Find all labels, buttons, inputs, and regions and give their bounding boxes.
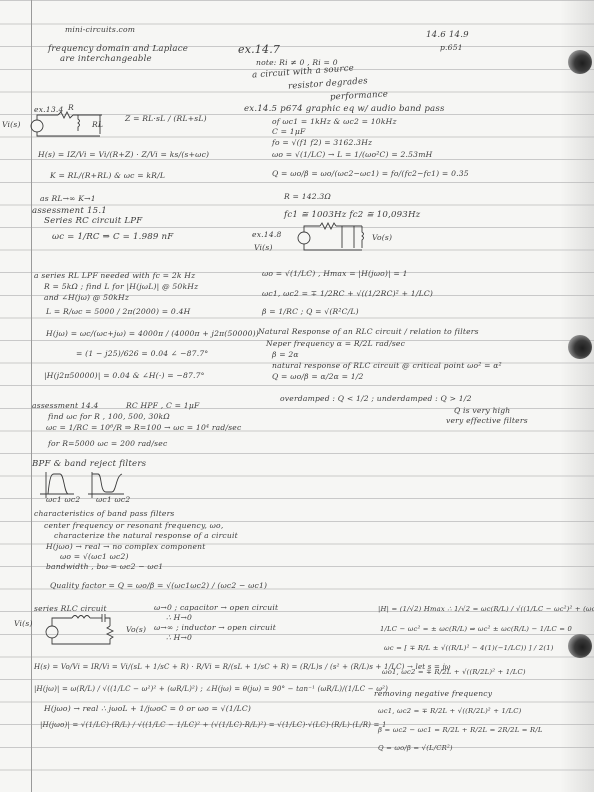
rlc-real-eq: H(jωo) → real ∴ jωoL + 1/jωoC = 0 or ωo … [44, 703, 251, 714]
ex-14-8-line: β = 1/RC ; Q = √(R²C/L) [262, 306, 359, 317]
assessment-15-1-line: ωc = 1/RC ⇒ C = 1.989 nF [52, 232, 173, 243]
cutoff-derivation-line: |H| = (1/√2) Hmax ∴ 1/√2 = ωc(R/L) / √((… [378, 604, 594, 615]
reference-numbers: 14.6 14.9 [426, 30, 469, 41]
natural-response-line: natural response of RLC circuit @ critic… [272, 360, 502, 371]
ex-14-5-line: ωo = √(1/LC) → L = 1/(ωo²C) = 2.53mH [272, 149, 432, 160]
rl-lpf-line: |H(j2π50000)| = 0.04 & ∠H(·) = −87.7° [44, 370, 205, 381]
rl-lpf-line: R = 5kΩ ; find L for |H(jωL)| @ 50kHz [44, 281, 198, 292]
circuit-label-r: R [68, 102, 74, 113]
bpf-title: BPF & band reject filters [32, 459, 146, 470]
z-equation: Z = RL·sL / (RL+sL) [125, 113, 207, 124]
bandpass-title: characteristics of band pass filters [34, 508, 175, 519]
h-equation: H(s) = IZ/Vi = Vi/(R+Z) · Z/Vi = ks/(s+ω… [38, 149, 209, 160]
k-equation: K = RL/(R+RL) & ωc = kR/L [50, 170, 165, 181]
rlc-circuit-diagram [40, 612, 120, 648]
ex-14-5-line: fo = √(f1 f2) = 3162.3Hz [272, 137, 372, 148]
ex-14-8-line: ωo = √(1/LC) , Hmax = |H(jωo)| = 1 [262, 268, 408, 279]
bandpass-line: characterize the natural response of a c… [54, 530, 238, 541]
cutoff-derivation-line: ωo1, ωc2 = ∓ R/2L + √((R/2L)² + 1/LC) [382, 667, 526, 678]
website-note: mini-circuits.com [65, 24, 135, 35]
ex-14-5-line: Q = ωo/β = ωo/(ωc2−ωc1) = fo/(fc2−fc1) =… [272, 168, 469, 179]
cutoff-derivation-line: removing negative frequency [374, 688, 492, 699]
natural-response-line: Neper frequency α = R/2L rad/sec [266, 338, 405, 349]
natural-response-line: β = 2α [272, 349, 299, 360]
circuit-label-source: Vi(s) [254, 242, 273, 253]
ex-14-8-title: ex.14.8 [252, 229, 282, 240]
bandpass-line: Quality factor = Q = ωo/β = √(ωc1ωc2) / … [50, 580, 267, 591]
ex-14-8-line: ωc1, ωc2 = ∓ 1/2RC + √((1/2RC)² + 1/LC) [262, 288, 433, 299]
cutoff-derivation-line: 1/LC − ωc² = ± ωc(R/L) ⇒ ωc² ± ωc(R/L) −… [380, 624, 572, 635]
cutoff-derivation-line: Q = ωo/β = √(L/CR²) [378, 743, 453, 754]
binder-hole-icon [568, 335, 592, 359]
bpf-graph1-labels: ωc1 ωc2 [46, 494, 80, 505]
natural-response-title: Natural Response of an RLC circuit / rel… [258, 326, 479, 337]
limit-note: as RL→∞ K→1 [40, 193, 96, 204]
assessment-14-4-line: find ωc for R , 100, 500, 30kΩ [48, 411, 170, 422]
assessment-15-1-line: Series RC circuit LPF [44, 216, 142, 227]
assessment-14-4-line: ωc = 1/RC = 10⁶/R ⇒ R=100 → ωc = 10⁴ rad… [46, 422, 241, 433]
header-note-line: are interchangeable [60, 54, 152, 65]
page-reference: p.651 [440, 42, 463, 53]
assessment-14-4-hpf: RC HPF , C = 1μF [126, 400, 199, 411]
rlc-magnitude-o: |H(jωo)| = √(1/LC)·(R/L) / √((1/LC − 1/L… [40, 720, 387, 731]
assessment-14-4-line: for R=5000 ωc = 200 rad/sec [48, 438, 167, 449]
binder-hole-icon [568, 50, 592, 74]
rl-lpf-line: L = R/ωc = 5000 / 2π(2000) = 0.4H [46, 306, 190, 317]
ex-14-7-note: performance [330, 89, 389, 103]
circuit-label-rl: RL [92, 119, 103, 130]
ex-14-7-title: ex.14.7 [238, 44, 280, 55]
rlc-magnitude-eq: |H(jω)| = ω(R/L) / √((1/LC − ω²)² + (ωR/… [34, 684, 388, 695]
assessment-14-4-title: assessment 14.4 [32, 400, 99, 411]
ex-14-5-title: ex.14.5 p674 graphic eq w/ audio band pa… [244, 104, 445, 115]
circuit-label-vo: Vo(s) [372, 232, 392, 243]
cutoff-derivation-line: β = ωc2 − ωc1 = R/2L + R/2L = 2R/2L = R/… [378, 725, 543, 736]
ex-14-5-line: fc1 ≅ 1003Hz fc2 ≅ 10,093Hz [284, 210, 420, 221]
rl-lpf-line: a series RL LPF needed with fc = 2k Hz [34, 270, 195, 281]
circuit-label-source: Vi(s) [2, 119, 21, 130]
rl-lpf-line: = (1 − j25)/626 = 0.04 ∠ −87.7° [76, 348, 208, 359]
ex-14-5-line: R = 142.3Ω [284, 191, 331, 202]
binder-hole-icon [568, 634, 592, 658]
rlc-condition: ∴ H→0 [166, 632, 192, 643]
bpf-graph2-labels: ωc1 ωc2 [96, 494, 130, 505]
ex-14-5-line: C = 1μF [272, 126, 305, 137]
notebook-page: mini-circuits.com frequency domain and L… [0, 0, 594, 792]
circuit-label-source: Vi(s) [14, 618, 33, 629]
cutoff-derivation-line: ωc = [ ∓ R/L ± √((R/L)² − 4(1)(−1/LC)) ]… [384, 643, 554, 654]
rl-lpf-line: and ∠H(jω) @ 50kHz [44, 292, 129, 303]
bandpass-line: bandwidth , bω = ωc2 − ωc1 [46, 561, 163, 572]
circuit-label-vo: Vo(s) [126, 624, 146, 635]
cutoff-derivation-line: ωc1, ωc2 = ∓ R/2L + √((R/2L)² + 1/LC) [378, 706, 521, 717]
rl-lpf-line: H(jω) = ωc/(ωc+jω) = 4000π / (4000π + j2… [46, 328, 259, 339]
natural-response-line: overdamped : Q < 1/2 ; underdamped : Q >… [280, 393, 472, 404]
natural-response-line: Q = ωo/β = α/2α = 1/2 [272, 371, 364, 382]
natural-response-line: very effective filters [446, 415, 528, 426]
